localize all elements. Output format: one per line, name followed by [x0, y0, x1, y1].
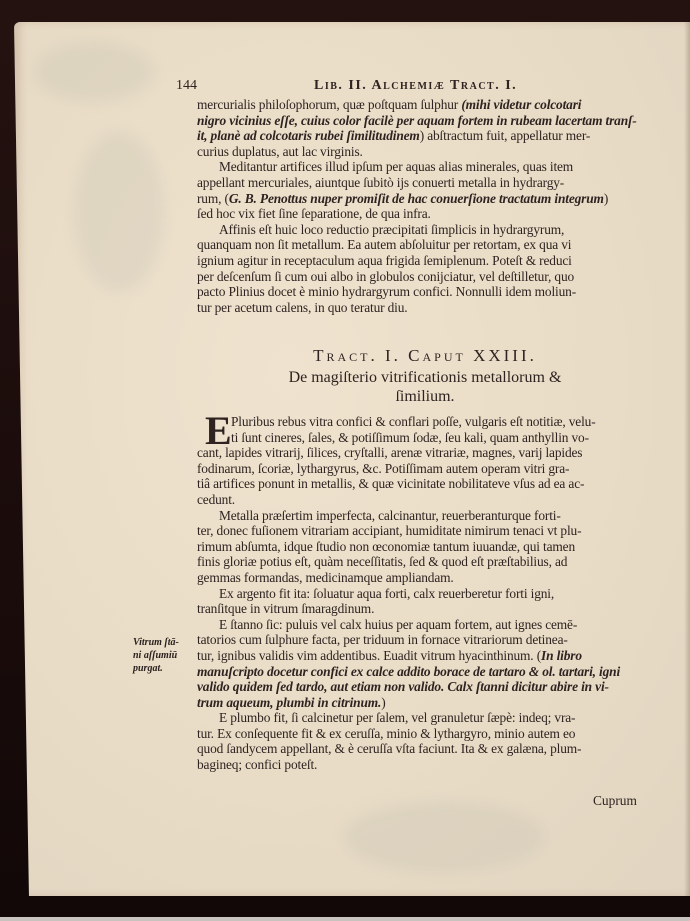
- line-roman: curius duplatus, aut lac virginis.: [197, 144, 363, 159]
- line-italic: valido quidem ſed tardo, aut etiam non v…: [197, 679, 609, 694]
- top-section-text: mercurialis philoſophorum, quæ poſtquam …: [197, 97, 653, 315]
- line-roman: quod ſandycem appellant, & è ceruſſa vſt…: [197, 741, 581, 756]
- running-head: 144 Lib. II. Alchemiæ Tract. I.: [176, 78, 656, 96]
- text-line: Meditantur artifices illud ipſum per aqu…: [197, 159, 653, 175]
- margin-note: Vitrum ſtā- ni aſſumiū purgat.: [133, 636, 193, 675]
- text-line: bagineq; confici poteſt.: [197, 757, 653, 773]
- text-line: ter, donec fuſionem vitrariam accipiant,…: [197, 523, 653, 539]
- line-roman: tur per acetum calens, in quo teratur di…: [197, 300, 407, 315]
- paper-stain: [34, 42, 154, 102]
- line-roman: E plumbo fit, ſi calcinetur per ſalem, v…: [219, 710, 575, 725]
- line-roman: ): [604, 191, 608, 206]
- line-italic: In libro: [541, 648, 582, 663]
- text-line: mercurialis philoſophorum, quæ poſtquam …: [197, 97, 653, 113]
- line-roman: Ex argento fit ita: ſoluatur aqua forti,…: [219, 586, 554, 601]
- line-roman: Metalla præſertim imperfecta, calcinantu…: [219, 508, 561, 523]
- text-line: gemmas formandas, medicinamque amplianda…: [197, 570, 653, 586]
- text-line: tur, ignibus validis vim addentibus. Eua…: [197, 648, 653, 664]
- line-italic: trum aqueum, plumbi in citrinum.: [197, 695, 381, 710]
- text-line: appellant mercuriales, aiuntque ſubitò i…: [197, 175, 653, 191]
- line-italic: (mihi videtur colcotari: [461, 97, 581, 112]
- chapter-title-line2: ſimilium.: [197, 387, 653, 406]
- line-roman: appellant mercuriales, aiuntque ſubitò i…: [197, 175, 564, 190]
- text-line: tur per acetum calens, in quo teratur di…: [197, 300, 653, 316]
- text-line: trum aqueum, plumbi in citrinum.): [197, 695, 653, 711]
- text-line: rimum abſumta, idque ſtudio non œconomiæ…: [197, 539, 653, 555]
- line-roman: ter, donec fuſionem vitrariam accipiant,…: [197, 523, 581, 538]
- text-line: manuſcripto docetur confici ex calce add…: [197, 664, 653, 680]
- line-roman: tur, ignibus validis vim addentibus. Eua…: [197, 648, 541, 663]
- paper-stain: [74, 132, 164, 292]
- text-line: finis gloriæ potius eſt, quàm neceſſitat…: [197, 554, 653, 570]
- line-roman: ignium agitur in receptaculum aqua frigi…: [197, 253, 572, 268]
- line-italic: manuſcripto docetur confici ex calce add…: [197, 664, 620, 679]
- text-line: quod ſandycem appellant, & è ceruſſa vſt…: [197, 741, 653, 757]
- text-line: fodinarum, ſcoriæ, lythargyrus, &c. Poti…: [197, 461, 653, 477]
- line-roman: bagineq; confici poteſt.: [197, 757, 317, 772]
- running-head-title: Lib. II. Alchemiæ Tract. I.: [314, 78, 517, 94]
- chapter-title-line1: De magiſterio vitrificationis metallorum…: [197, 368, 653, 387]
- line-roman: rum, (: [197, 191, 229, 206]
- line-roman: Affinis eſt huic loco reductio præcipita…: [219, 222, 564, 237]
- line-roman: cedunt.: [197, 492, 235, 507]
- text-line: Ex argento fit ita: ſoluatur aqua forti,…: [197, 586, 653, 602]
- line-roman: per deſcenſum ſi cum oui albo in globulo…: [197, 269, 574, 284]
- line-roman: ſed hoc vix fiet ſine ſeparatione, de qu…: [197, 206, 431, 221]
- page-number: 144: [176, 78, 197, 94]
- text-line: tur. Ex conſequente fit & ex ceruſſa, mi…: [197, 726, 653, 742]
- line-roman: Meditantur artifices illud ipſum per aqu…: [219, 159, 573, 174]
- line-roman: fodinarum, ſcoriæ, lythargyrus, &c. Poti…: [197, 461, 569, 476]
- line-italic: G. B. Penottus nuper promiſit de hac con…: [229, 191, 604, 206]
- text-line: ti ſunt cineres, ſales, & potiſſimum ſod…: [197, 430, 653, 446]
- paper-stain: [344, 802, 544, 872]
- line-roman: tatorios cum ſulphure facta, per triduum…: [197, 632, 568, 647]
- line-roman: E ſtanno ſic: puluis vel calx huius per …: [219, 617, 577, 632]
- text-line: ſed hoc vix fiet ſine ſeparatione, de qu…: [197, 206, 653, 222]
- text-line: E ſtanno ſic: puluis vel calx huius per …: [197, 617, 653, 633]
- text-line: tiâ artifices ponunt in metallis, & quæ …: [197, 476, 653, 492]
- text-line: it, planè ad colcotaris rubei ſimilitudi…: [197, 128, 653, 144]
- scan-border: [0, 917, 690, 921]
- line-roman: ): [381, 695, 385, 710]
- margin-note-line: Vitrum ſtā-: [133, 636, 193, 649]
- text-line: tranſitque in vitrum ſmaragdinum.: [197, 601, 653, 617]
- line-roman: tiâ artifices ponunt in metallis, & quæ …: [197, 476, 584, 491]
- chapter-body-text: Pluribus rebus vitra confici & conflari …: [197, 414, 653, 773]
- line-roman: tranſitque in vitrum ſmaragdinum.: [197, 601, 374, 616]
- line-roman: pacto Plinius docet è minio hydrargyrum …: [197, 284, 576, 299]
- text-line: quanquam non ſit metallum. Ea autem abſo…: [197, 237, 653, 253]
- text-line: E plumbo fit, ſi calcinetur per ſalem, v…: [197, 710, 653, 726]
- line-roman: tur. Ex conſequente fit & ex ceruſſa, mi…: [197, 726, 575, 741]
- text-line: Pluribus rebus vitra confici & conflari …: [197, 414, 653, 430]
- line-roman: finis gloriæ potius eſt, quàm neceſſitat…: [197, 554, 567, 569]
- margin-note-line: purgat.: [133, 662, 193, 675]
- text-line: cedunt.: [197, 492, 653, 508]
- line-roman: ) abſtractum fuit, appellatur mer-: [420, 128, 591, 143]
- text-line: ignium agitur in receptaculum aqua frigi…: [197, 253, 653, 269]
- text-line: valido quidem ſed tardo, aut etiam non v…: [197, 679, 653, 695]
- text-line: curius duplatus, aut lac virginis.: [197, 144, 653, 160]
- text-line: nigro vicinius eſſe, cuius color facilè …: [197, 113, 653, 129]
- line-roman: gemmas formandas, medicinamque amplianda…: [197, 570, 454, 585]
- text-line: tatorios cum ſulphure facta, per triduum…: [197, 632, 653, 648]
- page-edge: [684, 22, 690, 896]
- text-line: per deſcenſum ſi cum oui albo in globulo…: [197, 269, 653, 285]
- line-roman: cant, lapides vitrarij, ſilices, cryſtal…: [197, 445, 582, 460]
- margin-note-line: ni aſſumiū: [133, 649, 193, 662]
- line-roman: ti ſunt cineres, ſales, & potiſſimum ſod…: [231, 430, 589, 445]
- chapter-number: Tract. I. Caput XXIII.: [197, 346, 653, 368]
- catchword: Cuprum: [593, 793, 637, 809]
- line-roman: Pluribus rebus vitra confici & conflari …: [231, 414, 596, 429]
- text-line: Affinis eſt huic loco reductio præcipita…: [197, 222, 653, 238]
- text-line: cant, lapides vitrarij, ſilices, cryſtal…: [197, 445, 653, 461]
- line-italic: nigro vicinius eſſe, cuius color facilè …: [197, 113, 637, 128]
- text-line: Metalla præſertim imperfecta, calcinantu…: [197, 508, 653, 524]
- chapter-heading: Tract. I. Caput XXIII. De magiſterio vit…: [197, 346, 653, 406]
- text-line: pacto Plinius docet è minio hydrargyrum …: [197, 284, 653, 300]
- line-italic: it, planè ad colcotaris rubei ſimilitudi…: [197, 128, 420, 143]
- line-roman: rimum abſumta, idque ſtudio non œconomiæ…: [197, 539, 575, 554]
- line-roman: quanquam non ſit metallum. Ea autem abſo…: [197, 237, 571, 252]
- line-roman: mercurialis philoſophorum, quæ poſtquam …: [197, 97, 461, 112]
- text-line: rum, (G. B. Penottus nuper promiſit de h…: [197, 191, 653, 207]
